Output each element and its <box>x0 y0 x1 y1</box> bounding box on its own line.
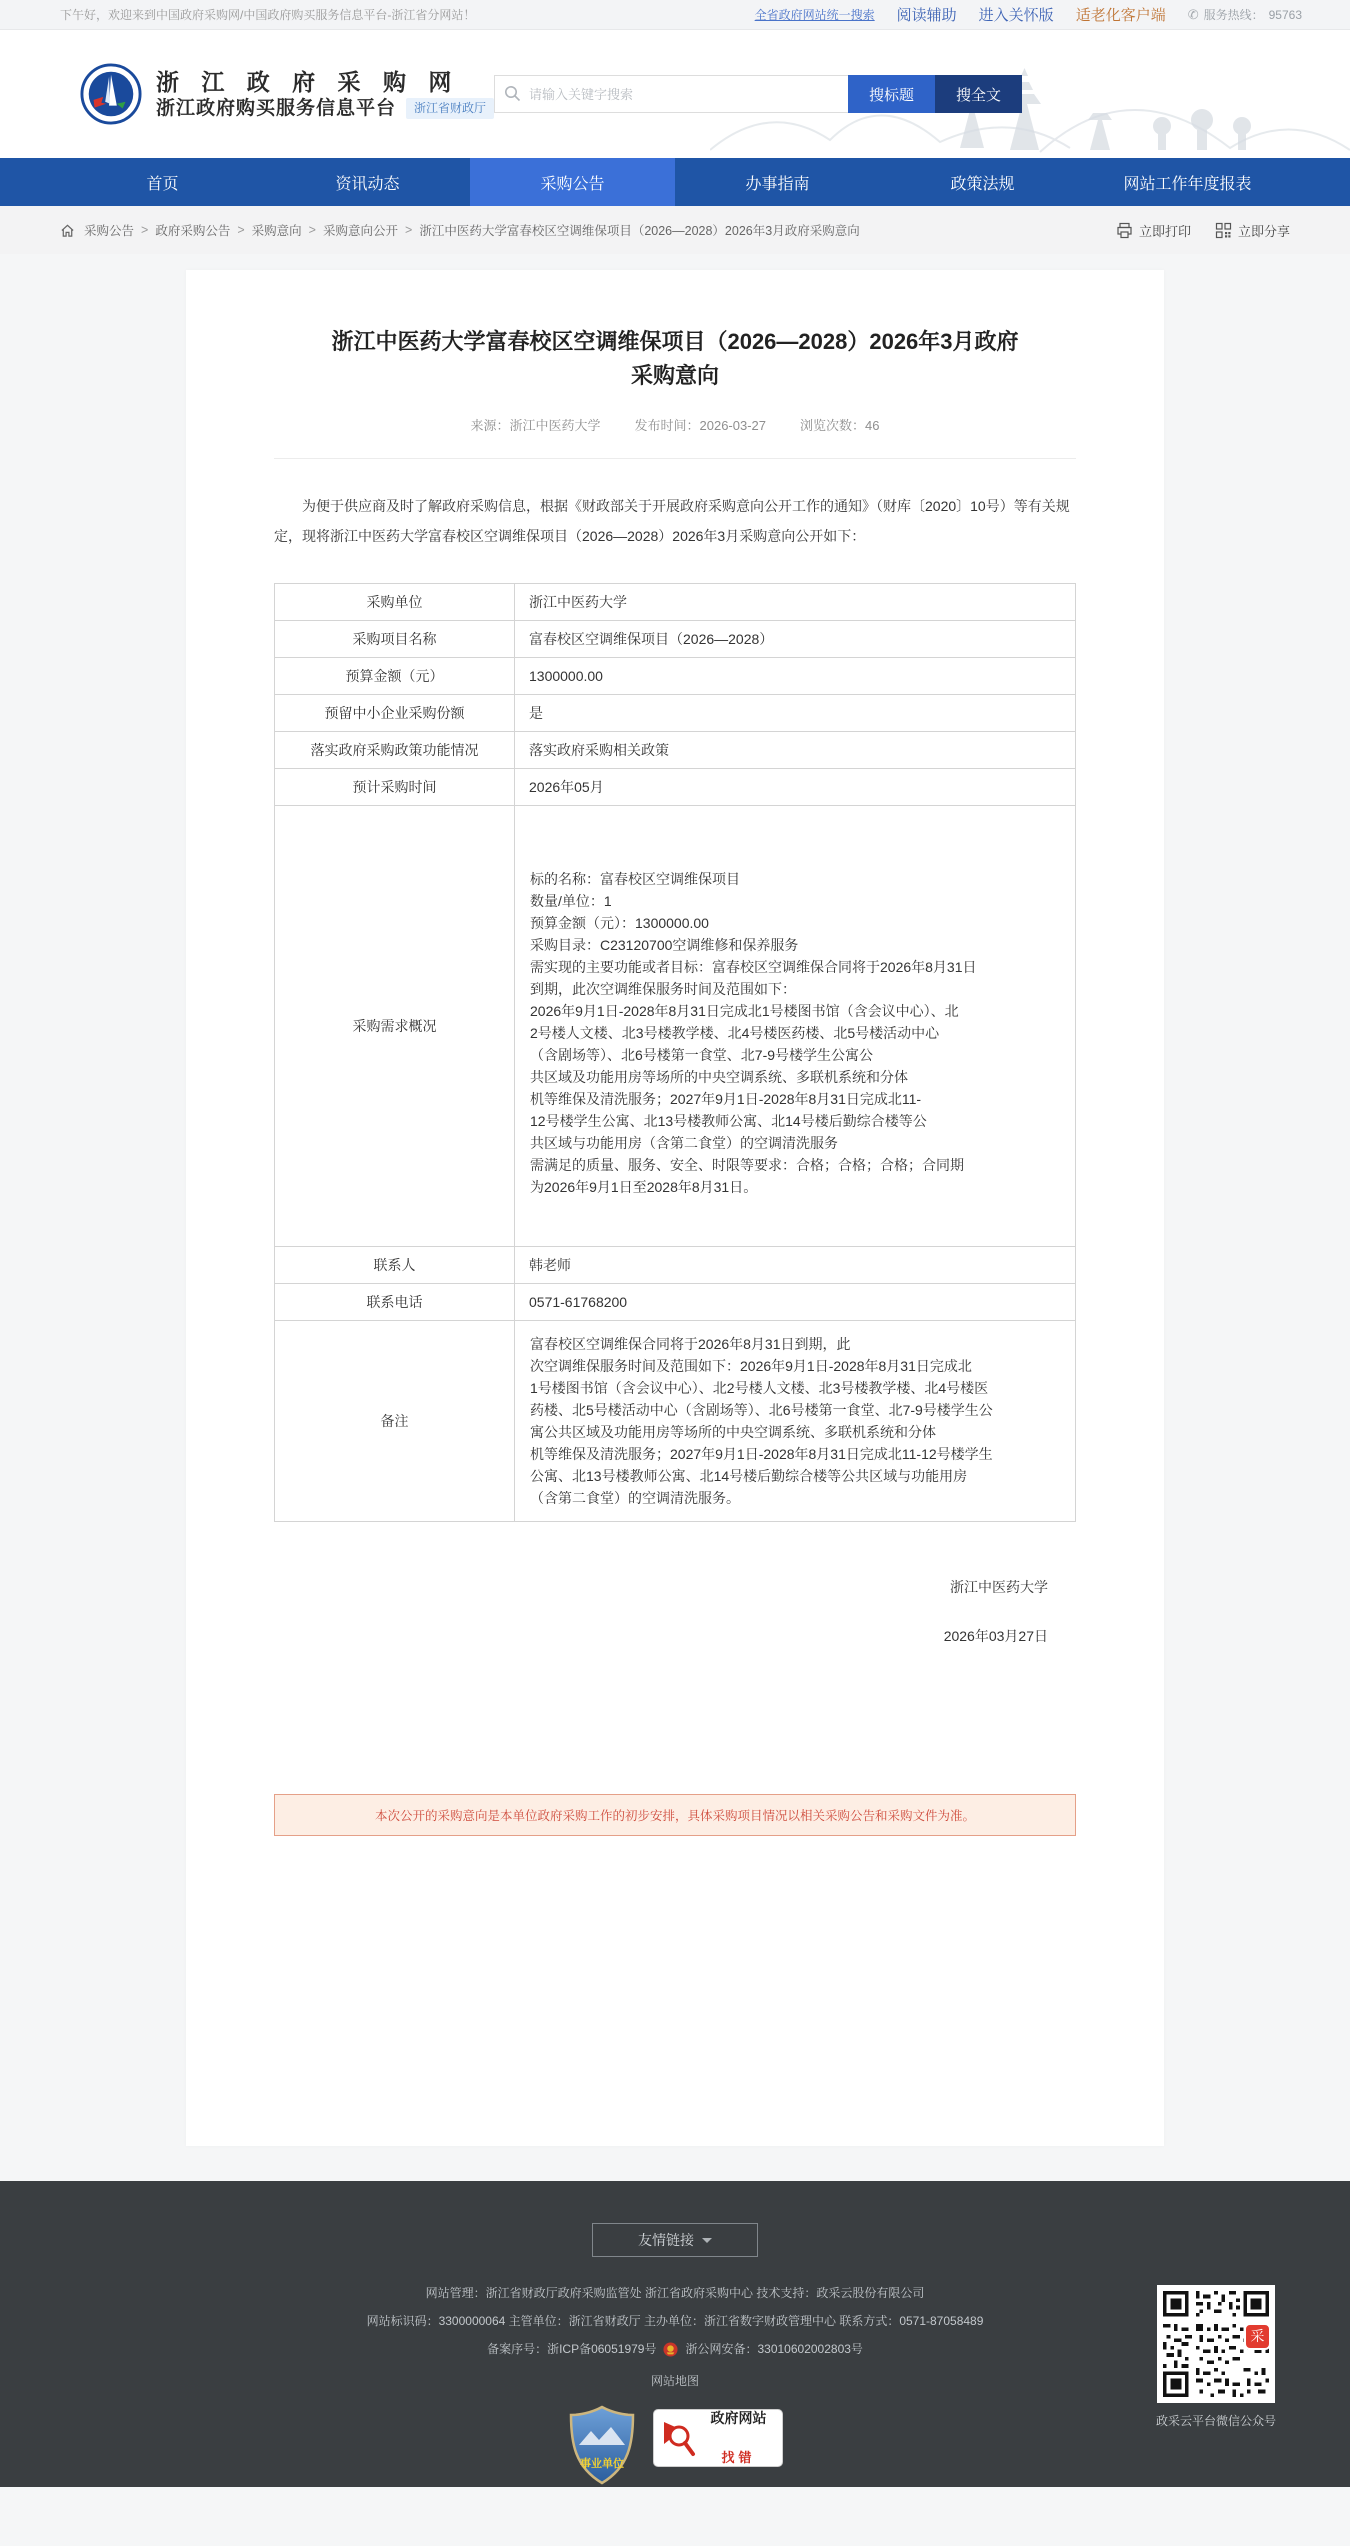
table-label: 采购需求概况 <box>275 806 515 1247</box>
disclaimer-notice: 本次公开的采购意向是本单位政府采购工作的初步安排，具体采购项目情况以相关采购公告… <box>274 1794 1076 1836</box>
table-value: 2026年05月 <box>515 769 1076 806</box>
table-value: 落实政府采购相关政策 <box>515 732 1076 769</box>
site-logo[interactable]: 浙 江 政 府 采 购 网 浙江政府购买服务信息平台 浙江省财政厅 <box>80 63 494 125</box>
site-footer: 友情链接 网站管理：浙江省财政厅政府采购监管处 浙江省政府采购中心 技术支持：政… <box>0 2181 1350 2487</box>
breadcrumb-item[interactable]: 政府采购公告 <box>155 221 230 239</box>
nav-item-procurement-notices[interactable]: 采购公告 <box>470 158 675 206</box>
print-button[interactable]: 立即打印 <box>1116 221 1191 240</box>
table-label: 预算金额（元） <box>275 658 515 695</box>
main-content: 浙江中医药大学富春校区空调维保项目（2026—2028）2026年3月政府采购意… <box>0 254 1350 2181</box>
search-icon <box>504 85 521 102</box>
care-version-link[interactable]: 进入关怀版 <box>979 4 1054 25</box>
table-value: 0571-61768200 <box>515 1284 1076 1321</box>
top-utility-bar: 下午好，欢迎来到中国政府采购网/中国政府购买服务信息平台-浙江省分网站！ 全省政… <box>0 0 1350 30</box>
phone-icon: ✆ <box>1188 7 1199 23</box>
table-label: 备注 <box>275 1321 515 1522</box>
table-label: 联系电话 <box>275 1284 515 1321</box>
table-row: 备注 富春校区空调维保合同将于2026年8月31日到期，此 次空调维保服务时间及… <box>275 1321 1076 1522</box>
shield-icon: 事业单位 <box>567 2405 637 2485</box>
nav-item-policies[interactable]: 政策法规 <box>880 158 1085 206</box>
table-value: 富春校区空调维保项目（2026—2028） <box>515 621 1076 658</box>
site-header: 浙 江 政 府 采 购 网 浙江政府购买服务信息平台 浙江省财政厅 搜标题 搜全… <box>0 30 1350 158</box>
home-icon <box>60 223 75 238</box>
find-error-magnifier-icon <box>662 2418 696 2458</box>
table-row: 落实政府采购政策功能情况 落实政府采购相关政策 <box>275 732 1076 769</box>
main-nav: 首页 资讯动态 采购公告 办事指南 政策法规 网站工作年度报表 <box>0 158 1350 206</box>
nav-item-service-guide[interactable]: 办事指南 <box>675 158 880 206</box>
table-row: 预留中小企业采购份额 是 <box>275 695 1076 732</box>
table-label: 采购项目名称 <box>275 621 515 658</box>
breadcrumb-bar: 采购公告> 政府采购公告> 采购意向> 采购意向公开> 浙江中医药大学富春校区空… <box>0 206 1350 254</box>
table-row: 采购项目名称 富春校区空调维保项目（2026—2028） <box>275 621 1076 658</box>
procurement-info-table: 采购单位 浙江中医药大学 采购项目名称 富春校区空调维保项目（2026—2028… <box>274 583 1076 1522</box>
org-badge: 浙江省财政厅 <box>406 98 494 119</box>
table-value: 是 <box>515 695 1076 732</box>
elderly-client-link[interactable]: 适老化客户端 <box>1076 4 1166 25</box>
breadcrumb-item[interactable]: 采购意向公开 <box>323 221 398 239</box>
table-row: 联系人 韩老师 <box>275 1247 1076 1284</box>
website-error-report-badge[interactable]: 政府网站 找错 <box>653 2409 783 2467</box>
table-value: 1300000.00 <box>515 658 1076 695</box>
table-label: 预留中小企业采购份额 <box>275 695 515 732</box>
public-security-emblem-icon <box>663 2342 678 2357</box>
intro-paragraph: 为便于供应商及时了解政府采购信息，根据《财政部关于开展政府采购意向公开工作的通知… <box>274 491 1076 551</box>
chevron-down-icon <box>702 2238 712 2243</box>
nav-item-home[interactable]: 首页 <box>60 158 265 206</box>
institution-shield-badge[interactable]: 事业单位 <box>567 2405 637 2485</box>
table-label: 预计采购时间 <box>275 769 515 806</box>
share-button[interactable]: 立即分享 <box>1215 221 1290 240</box>
breadcrumb-item[interactable]: 采购意向 <box>252 221 302 239</box>
meta-view-count: 浏览次数：46 <box>800 415 879 434</box>
table-value-remarks: 富春校区空调维保合同将于2026年8月31日到期，此 次空调维保服务时间及范围如… <box>515 1321 1076 1522</box>
table-label: 落实政府采购政策功能情况 <box>275 732 515 769</box>
sitemap-link[interactable]: 网站地图 <box>651 2371 699 2391</box>
meta-publish-date: 发布时间：2026-03-27 <box>635 415 767 434</box>
search-fulltext-button[interactable]: 搜全文 <box>935 75 1022 113</box>
table-value: 浙江中医药大学 <box>515 584 1076 621</box>
table-row: 预算金额（元） 1300000.00 <box>275 658 1076 695</box>
table-label: 采购单位 <box>275 584 515 621</box>
table-label: 联系人 <box>275 1247 515 1284</box>
find-error-badge-subtitle: 找错 <box>703 2448 774 2468</box>
reading-aid-link[interactable]: 阅读辅助 <box>897 4 957 25</box>
icp-number[interactable]: 备案序号：浙ICP备06051979号 <box>487 2339 656 2359</box>
signature-date: 2026年03月27日 <box>274 1626 1048 1646</box>
welcome-greeting: 下午好，欢迎来到中国政府采购网/中国政府购买服务信息平台-浙江省分网站！ <box>60 6 475 23</box>
unified-search-link[interactable]: 全省政府网站统一搜索 <box>755 6 875 23</box>
table-row: 预计采购时间 2026年05月 <box>275 769 1076 806</box>
breadcrumb-current: 浙江中医药大学富春校区空调维保项目（2026—2028）2026年3月政府采购意… <box>419 221 859 239</box>
friendly-links-dropdown[interactable]: 友情链接 <box>592 2223 758 2257</box>
qr-code: 采 <box>1157 2285 1275 2403</box>
share-qr-icon <box>1215 222 1232 239</box>
search-title-button[interactable]: 搜标题 <box>848 75 935 113</box>
security-filing-number[interactable]: 浙公网安备：33010602002803号 <box>685 2339 862 2359</box>
table-value-demand-summary: 标的名称：富春校区空调维保项目 数量/单位：1 预算金额（元）：1300000.… <box>515 806 1076 1247</box>
table-row: 采购需求概况 标的名称：富春校区空调维保项目 数量/单位：1 预算金额（元）：1… <box>275 806 1076 1247</box>
printer-icon <box>1116 222 1133 239</box>
breadcrumb-item[interactable]: 采购公告 <box>84 221 134 239</box>
table-value: 韩老师 <box>515 1247 1076 1284</box>
signature-block: 浙江中医药大学 2026年03月27日 <box>274 1577 1076 1646</box>
meta-source: 来源：浙江中医药大学 <box>471 415 601 434</box>
table-row: 联系电话 0571-61768200 <box>275 1284 1076 1321</box>
search-input[interactable] <box>494 75 848 113</box>
table-row: 采购单位 浙江中医药大学 <box>275 584 1076 621</box>
site-search: 搜标题 搜全文 <box>494 75 1022 113</box>
site-name: 浙 江 政 府 采 购 网 <box>156 68 494 97</box>
article-card: 浙江中医药大学富春校区空调维保项目（2026—2028）2026年3月政府采购意… <box>186 270 1164 2146</box>
site-logo-icon <box>80 63 142 125</box>
shield-badge-label: 事业单位 <box>580 2456 624 2470</box>
qr-center-logo: 采 <box>1244 2323 1271 2350</box>
nav-item-annual-report[interactable]: 网站工作年度报表 <box>1085 158 1290 206</box>
find-error-badge-title: 政府网站 <box>703 2408 774 2428</box>
breadcrumb: 采购公告> 政府采购公告> 采购意向> 采购意向公开> 浙江中医药大学富春校区空… <box>60 221 860 239</box>
signature-org: 浙江中医药大学 <box>274 1577 1048 1597</box>
service-hotline: ✆ 服务热线：95763 <box>1188 6 1302 23</box>
wechat-qr-block: 采 政采云平台微信公众号 <box>1148 2285 1284 2429</box>
page-title: 浙江中医药大学富春校区空调维保项目（2026—2028）2026年3月政府采购意… <box>274 270 1076 393</box>
nav-item-news[interactable]: 资讯动态 <box>265 158 470 206</box>
article-meta: 来源：浙江中医药大学 发布时间：2026-03-27 浏览次数：46 <box>274 415 1076 459</box>
site-subtitle: 浙江政府购买服务信息平台 <box>156 97 396 121</box>
qr-caption: 政采云平台微信公众号 <box>1148 2412 1284 2429</box>
